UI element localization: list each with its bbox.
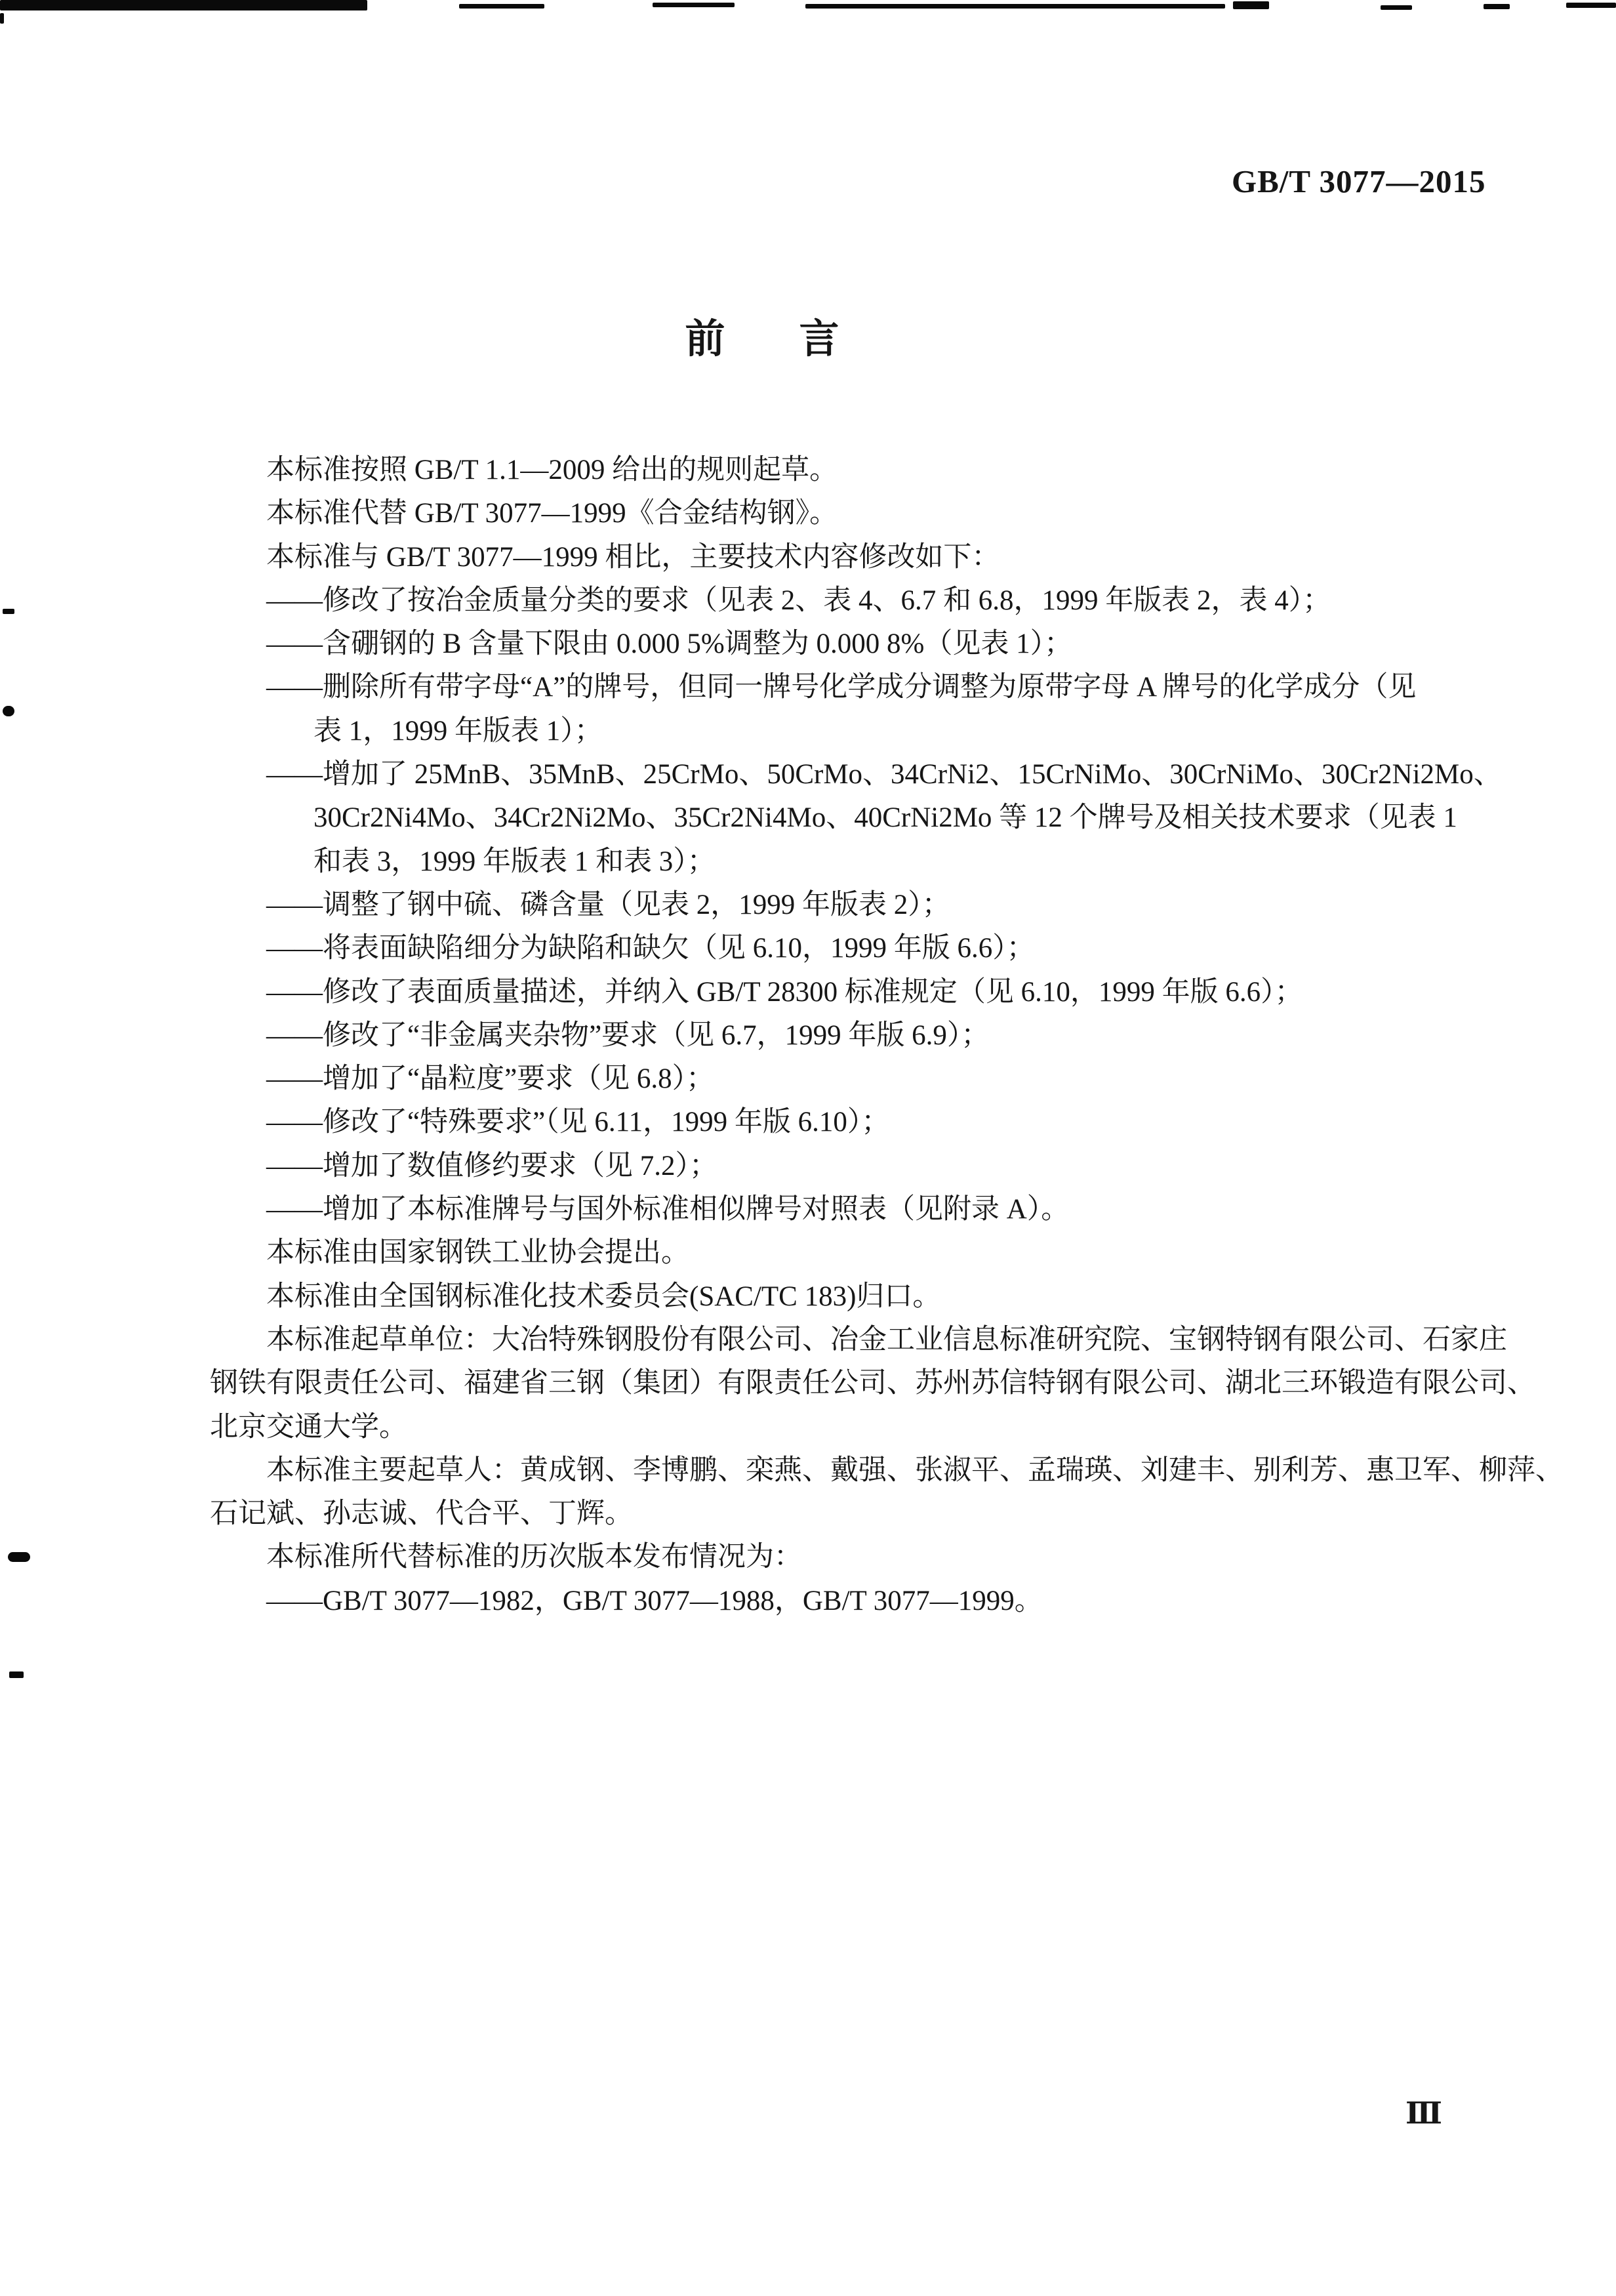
foreword-line: 30Cr2Ni4Mo、34Cr2Ni2Mo、35Cr2Ni4Mo、40CrNi2… [210,796,1414,840]
foreword-line: ——修改了“特殊要求”（见 6.11，1999 年版 6.10）； [210,1101,1414,1144]
foreword-line: 表 1，1999 年版表 1）； [210,710,1414,753]
foreword-line: 和表 3，1999 年版表 1 和表 3）； [210,840,1414,884]
foreword-line: 本标准与 GB/T 3077—1999 相比，主要技术内容修改如下： [210,536,1414,579]
foreword-line: 本标准主要起草人：黄成钢、李博鹏、栾燕、戴强、张淑平、孟瑞瑛、刘建丰、别利芳、惠… [210,1449,1414,1492]
scan-artifact [3,706,14,716]
scan-artifact [1233,1,1269,9]
foreword-line: 石记斌、孙志诚、代合平、丁辉。 [210,1492,1414,1536]
scan-artifact [1484,4,1510,9]
foreword-line: ——修改了按冶金质量分类的要求（见表 2、表 4、6.7 和 6.8，1999 … [210,579,1414,623]
scan-artifact [0,13,4,24]
document-page: GB/T 3077—2015 前 言 本标准按照 GB/T 1.1—2009 给… [0,0,1616,2296]
foreword-line: ——修改了表面质量描述，并纳入 GB/T 28300 标准规定（见 6.10，1… [210,971,1414,1014]
foreword-line: ——增加了“晶粒度”要求（见 6.8）； [210,1057,1414,1101]
standard-code-header: GB/T 3077—2015 [1232,163,1485,200]
scan-artifact [0,0,367,10]
scan-artifact [459,4,544,9]
foreword-line: ——删除所有带字母“A”的牌号，但同一牌号化学成分调整为原带字母 A 牌号的化学… [210,666,1414,709]
foreword-line: ——GB/T 3077—1982，GB/T 3077—1988，GB/T 307… [210,1580,1414,1623]
foreword-line: ——增加了本标准牌号与国外标准相似牌号对照表（见附录 A）。 [210,1188,1414,1231]
foreword-line: 本标准由全国钢标准化技术委员会(SAC/TC 183)归口。 [210,1275,1414,1319]
foreword-line: ——含硼钢的 B 含量下限由 0.000 5%调整为 0.000 8%（见表 1… [210,623,1414,666]
page-number: Ⅲ [1405,2095,1442,2131]
foreword-body: 本标准按照 GB/T 1.1—2009 给出的规则起草。本标准代替 GB/T 3… [210,449,1414,1623]
scan-artifact [3,609,14,614]
scan-artifact [9,1671,24,1678]
scan-artifact [8,1552,30,1562]
foreword-line: 北京交通大学。 [210,1406,1414,1449]
page-title: 前 言 [0,307,1541,364]
scan-artifact [805,4,1225,9]
foreword-line: ——调整了钢中硫、磷含量（见表 2，1999 年版表 2）； [210,884,1414,927]
scan-artifact [1381,5,1412,10]
scan-artifact [653,3,735,7]
foreword-line: 本标准起草单位：大冶特殊钢股份有限公司、冶金工业信息标准研究院、宝钢特钢有限公司… [210,1319,1414,1362]
foreword-line: 本标准代替 GB/T 3077—1999《合金结构钢》。 [210,492,1414,535]
scan-artifact [1566,3,1616,8]
foreword-line: 本标准由国家钢铁工业协会提出。 [210,1231,1414,1275]
foreword-line: 本标准按照 GB/T 1.1—2009 给出的规则起草。 [210,449,1414,492]
foreword-line: 钢铁有限责任公司、福建省三钢（集团）有限责任公司、苏州苏信特钢有限公司、湖北三环… [210,1362,1414,1405]
foreword-line: ——修改了“非金属夹杂物”要求（见 6.7，1999 年版 6.9）； [210,1014,1414,1057]
foreword-line: ——将表面缺陷细分为缺陷和缺欠（见 6.10，1999 年版 6.6）； [210,927,1414,970]
foreword-line: 本标准所代替标准的历次版本发布情况为： [210,1536,1414,1579]
foreword-line: ——增加了数值修约要求（见 7.2）； [210,1145,1414,1188]
foreword-line: ——增加了 25MnB、35MnB、25CrMo、50CrMo、34CrNi2、… [210,753,1414,796]
